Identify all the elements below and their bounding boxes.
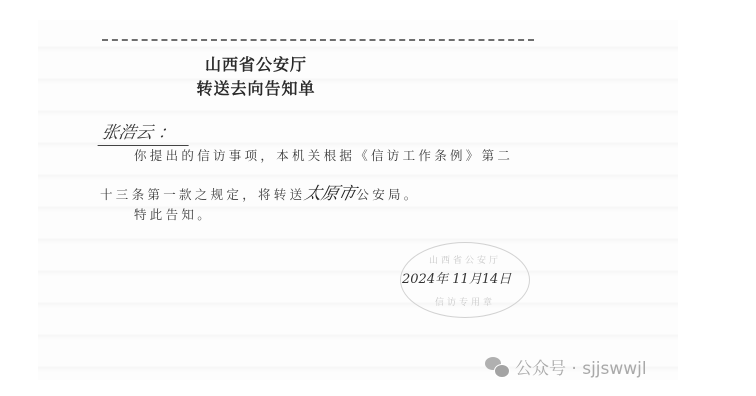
body-line-2-prefix: 十三条第一款之规定，将转送 bbox=[100, 187, 305, 202]
seal-bottom-text: 信访专用章 bbox=[401, 295, 529, 308]
dashed-divider bbox=[102, 39, 534, 41]
watermark: 公众号 · sjjswwjl bbox=[485, 354, 647, 379]
document-issuer: 山西省公安厅 bbox=[0, 52, 634, 75]
document-date: 2024年 11月14日 bbox=[402, 268, 511, 287]
wechat-icon bbox=[485, 357, 509, 377]
document-title: 转送去向告知单 bbox=[0, 76, 634, 99]
seal-top-text: 山西省公安厅 bbox=[401, 253, 529, 266]
salutation-handwritten: 张浩云 ： bbox=[98, 118, 194, 146]
body-line-3: 特此告知。 bbox=[134, 205, 213, 223]
body-line-2-suffix: 公安局。 bbox=[356, 187, 419, 202]
body-line-1: 你提出的信访事项，本机关根据《信访工作条例》第二 bbox=[134, 146, 513, 164]
handwritten-destination: 太原市 bbox=[303, 179, 359, 204]
watermark-text: 公众号 · sjjswwjl bbox=[515, 354, 647, 379]
body-line-2: 十三条第一款之规定，将转送太原市公安局。 bbox=[100, 179, 420, 204]
